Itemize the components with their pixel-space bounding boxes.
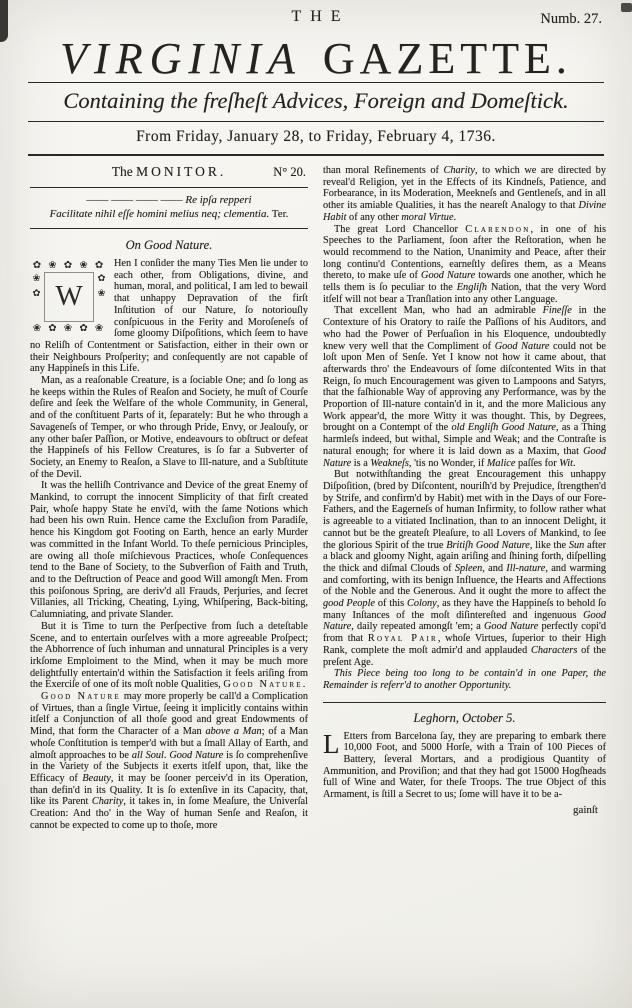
column-rule: [30, 187, 308, 188]
motto-line-1: —— —— —— —— Re ipſa repperi: [30, 194, 308, 207]
monitor-title-lead: The: [112, 164, 136, 179]
essay-paragraph: Man, as a reaſonable Creature, is a ſoci…: [30, 375, 308, 480]
essay-paragraph: than moral Refinements of Charity, to wh…: [323, 165, 606, 224]
right-column: than moral Refinements of Charity, to wh…: [323, 164, 606, 816]
motto-line-2: Facilitate nihil eſſe homini melius neq;…: [30, 208, 308, 221]
dropcap-letter: L: [323, 731, 344, 755]
news-paragraph: LEtters from Barcelona ſay, they are pre…: [323, 731, 606, 801]
catchword: gainſt: [323, 804, 606, 816]
newspaper-title: VIRGINIA GAZETTE.: [0, 36, 632, 82]
monitor-number: N° 20.: [273, 165, 306, 180]
masthead-the: THE: [0, 8, 632, 26]
essay-paragraph: Good Nature may more properly be call'd …: [30, 691, 308, 831]
dropcap-ornament-block: ✿ ❀ ✿ ❀ ✿ ❀ ✿ W ✿ ❀ ❀ ✿ ❀ ✿ ❀: [30, 260, 108, 334]
monitor-header: The MONITOR. N° 20.: [30, 164, 308, 180]
fleuron-ornament-column: ✿ ❀: [95, 271, 108, 323]
section-divider-rule: [323, 702, 606, 703]
title-virginia: VIRGINIA: [60, 34, 302, 83]
monitor-title: MONITOR.: [136, 164, 226, 179]
title-gazette: GAZETTE.: [323, 34, 572, 83]
essay-closing-note: This Piece being too long to be contain'…: [323, 668, 606, 691]
essay-paragraph: That excellent Man, who had an admirable…: [323, 305, 606, 469]
essay-paragraph: The great Lord Chancellor Clarendon, in …: [323, 224, 606, 306]
tagline: Containing the freſheſt Advices, Foreign…: [0, 83, 632, 121]
essay-paragraph: It was the helliſh Contrivance and Devic…: [30, 480, 308, 620]
essay-paragraph: But it is Time to turn the Perſpective f…: [30, 621, 308, 691]
column-rule: [30, 228, 308, 229]
newspaper-page: THE Numb. 27. VIRGINIA GAZETTE. Containi…: [0, 0, 632, 1008]
dateline: From Friday, January 28, to Friday, Febr…: [0, 122, 632, 154]
columns: The MONITOR. N° 20. —— —— —— —— Re ipſa …: [0, 156, 632, 831]
issue-number: Numb. 27.: [540, 11, 602, 28]
news-section-heading: Leghorn, October 5.: [323, 711, 606, 726]
fleuron-ornament-row: ❀ ✿ ❀ ✿ ❀: [30, 323, 108, 334]
essay-paragraph: But notwithſtanding the great Encouragem…: [323, 469, 606, 668]
essay-paragraph: ✿ ❀ ✿ ❀ ✿ ❀ ✿ W ✿ ❀ ❀ ✿ ❀ ✿ ❀ Hen I conſ…: [30, 258, 308, 375]
fleuron-ornament-column: ❀ ✿: [30, 271, 43, 323]
masthead: THE Numb. 27. VIRGINIA GAZETTE. Containi…: [0, 0, 632, 156]
essay-headline: On Good Nature.: [30, 238, 308, 253]
dropcap-letter: W: [44, 272, 94, 322]
fleuron-ornament-row: ✿ ❀ ✿ ❀ ✿: [30, 260, 108, 271]
left-column: The MONITOR. N° 20. —— —— —— —— Re ipſa …: [30, 164, 308, 831]
